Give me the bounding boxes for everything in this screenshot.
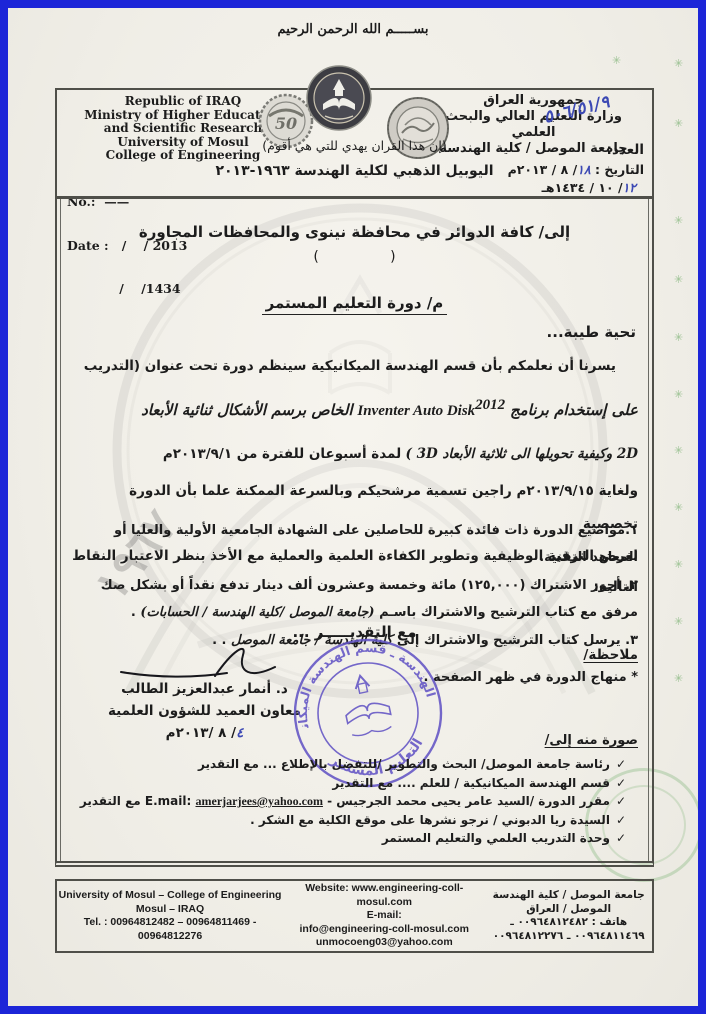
program-version-sup: 2012 [475,397,505,413]
point-1: ١.مواضيع الدورة ذات فائدة كبيرة للحاصلين… [71,517,638,571]
blank-parentheses: ( ) [57,249,652,265]
footer-tel-ar-1: هاتف : ٠٠٩٦٤٨١٢٤٨٢ ـ [485,916,652,930]
golden-jubilee-line: اليوبيل الذهبي لكلية الهندسة ١٩٦٣-٢٠١٣ [57,163,652,179]
checkmark-icon: ✓ [616,813,626,827]
copy-item-5-text: وحدة التدريب العلمي والتعليم المستمر [382,831,610,845]
bleed-through-mark: ✳ [674,615,683,628]
ministry-name-ar: وزارة التعليم العالي والبحث العلمي [421,109,646,141]
footer-university-en: University of Mosul – College of Enginee… [57,889,283,903]
checkmark-icon: ✓ [616,831,626,845]
footer-english-block: University of Mosul – College of Enginee… [57,889,283,943]
checkmark-icon: ✓ [616,794,626,808]
footer-website: Website: www.engineering-coll-mosul.com [283,882,485,909]
signer-title: معاون العميد للشؤون العلمية [92,703,317,719]
point-2-period: . [131,605,136,620]
footer-city-en: Mosul – IRAQ [57,903,283,917]
footer-arabic-block: جامعة الموصل / كلية الهندسة الموصل / الع… [485,889,652,943]
hijri-date-line: ١٢/ ١٠ / ١٤٣٤هـ [542,180,636,195]
bleed-through-mark: ✳ [674,214,683,227]
footer-university-ar: جامعة الموصل / كلية الهندسة [485,889,652,903]
checkmark-icon: ✓ [616,776,626,790]
basmala-line: بســـــم الله الرحمن الرحيم [8,22,698,37]
subject-line: م/ دورة التعليم المستمر [57,293,652,315]
university-of-mosul-emblem [305,64,373,132]
footer-email-label: E-mail: [283,909,485,923]
quran-quote: (إن هذا القران يهدي للتي هي أقوم) [57,138,652,153]
course-coordinator-email: amerjarjees@yahoo.com [196,794,323,808]
bleed-through-mark: ✳ [612,54,621,67]
footer-email-1: info@engineering-coll-mosul.com [283,923,485,937]
subject-text: م/ دورة التعليم المستمر [262,294,448,315]
bleed-through-mark: ✳ [674,273,683,286]
copy-to-list: ✓رئاسة جامعة الموصل/ البحث والتطوير /للت… [67,755,626,848]
bleed-through-mark: ✳ [674,558,683,571]
copy-item-1-text: رئاسة جامعة الموصل/ البحث والتطوير /للتف… [198,757,610,771]
footer-city-ar: الموصل / العراق [485,903,652,917]
copy-to-item: ✓مقرر الدورة /السيد عامر يحيى محمد الجرج… [67,792,626,811]
signature-date-day-handwritten: ٤ [236,725,243,741]
signature-date-rest: / ٨ /٢٠١٣م [166,725,236,741]
copy-to-label: صورة منه إلى/ [545,733,638,748]
svg-text:50: 50 [275,114,297,133]
body-line-3: 2D وكيفية تحويلها الى ثلاثية الأبعاد 3D … [71,433,638,475]
addressee-line: إلى/ كافة الدوائر في محافظة نينوى والمحا… [57,223,652,241]
body-line-2-arabic-b: الخاص برسم الأشكال ثنائية الأبعاد [141,401,352,419]
copy-item-4-text: السيدة ريا الدبوني / نرجو نشرها على موقع… [250,813,610,827]
bleed-through-mark: ✳ [674,501,683,514]
body-line-2-arabic-a: على إستخدام برنامج [510,401,638,419]
signature-date: ٤/ ٨ /٢٠١٣م [92,725,317,741]
program-name: Inventer Auto Disk [357,403,475,419]
bleed-through-mark: ✳ [674,117,683,130]
greeting-line: تحية طيبة... [547,323,636,341]
hijri-rest: / ١٠ / ١٤٣٤هـ [542,180,623,195]
footer-web-block: Website: www.engineering-coll-mosul.com … [283,882,485,950]
body-line-3-fancy: 2D وكيفية تحويلها الى ثلاثية الأبعاد 3D … [405,446,638,462]
bleed-through-mark: ✳ [674,444,683,457]
letterhead-box: جمهورية العراق وزارة التعليم العالي والب… [55,88,654,198]
body-line-1: يسرنا أن نعلمكم بأن قسم الهندسة الميكاني… [71,349,638,383]
scanned-letter-page: ١٩٦٧ ✳ ✳ ✳ ✳ ✳ ✳ ✳ ✳ ✳ ✳ ✳ ✳ بســـــم ال… [0,0,706,1014]
bleed-through-mark: ✳ [674,672,683,685]
footer-tel-en-2: 00964812276 [57,930,283,944]
body-line-3-plain: لمدة أسبوعان للفترة من ٢٠١٣/٩/١م [163,446,401,462]
footer-email-2: unmocoeng03@yahoo.com [283,936,485,950]
copy-to-item: ✓السيدة ريا الدبوني / نرجو نشرها على موق… [67,811,626,830]
point-2-payee: (جامعة الموصل /كلية الهندسة / الحسابات) [140,605,374,620]
note-text: * منهاج الدورة في ظهر الصفحة . [424,670,639,685]
copy-to-item: ✓قسم الهندسة الميكانيكية / للعلم .... مع… [67,774,626,793]
checkmark-icon: ✓ [616,757,626,771]
footer-tel-en-1: Tel. : 00964812482 – 00964811469 - [57,916,283,930]
bleed-through-mark: ✳ [674,57,683,70]
handwritten-signature [117,642,282,682]
note-label: ملاحظة/ [583,647,638,663]
copy-to-item: ✓وحدة التدريب العلمي والتعليم المستمر [67,829,626,848]
body-line-2: على إستخدام برنامج Inventer Auto Disk201… [71,383,638,433]
copy-item-2-text: قسم الهندسة الميكانيكية / للعلم .... مع … [332,776,610,790]
bleed-through-mark: ✳ [674,331,683,344]
point-2: ٢. أجور الاشتراك (١٢٥,٠٠٠) مائة وخمسة وع… [71,572,638,626]
copy-to-item: ✓رئاسة جامعة الموصل/ البحث والتطوير /للت… [67,755,626,774]
copy-item-3-suffix: مع التقدير [80,794,141,808]
hijri-day-handwritten: ١٢ [623,180,636,195]
letter-body-box: إلى/ كافة الدوائر في محافظة نينوى والمحا… [55,197,654,867]
bleed-through-mark: ✳ [674,388,683,401]
country-name-ar: جمهورية العراق [421,93,646,109]
footer-tel-ar-2: ٠٠٩٦٤٨١١٤٦٩ ـ ٠٠٩٦٤٨١٢٢٧٦ [485,930,652,944]
footer-contact-box: University of Mosul – College of Enginee… [55,879,654,953]
